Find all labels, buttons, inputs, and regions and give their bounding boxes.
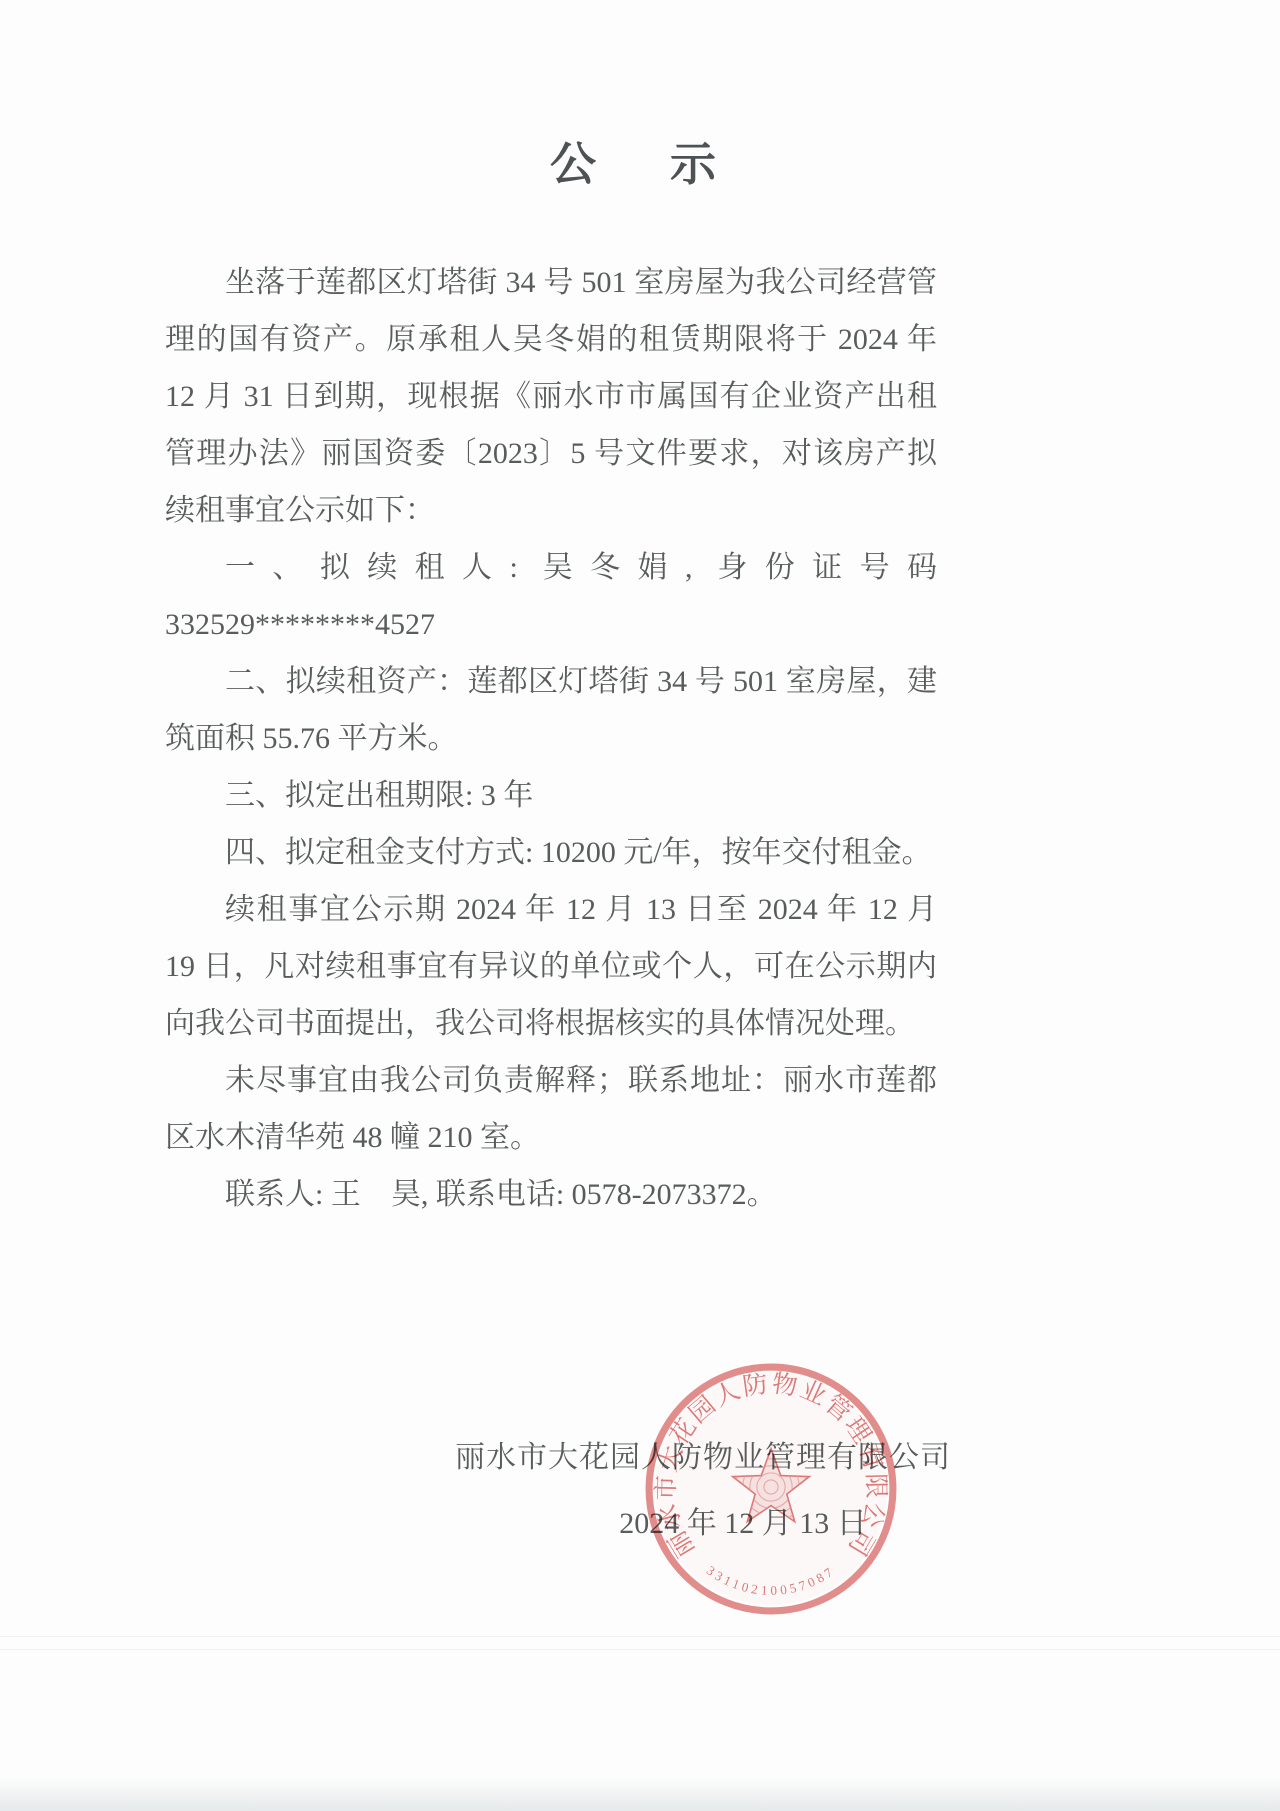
body-paragraph: 一、拟续租人: 吴冬娟, 身份证号码 332529********4527 xyxy=(165,539,937,653)
body-paragraph: 联系人: 王 昊, 联系电话: 0578-2073372。 xyxy=(165,1166,937,1223)
body-paragraph: 四、拟定租金支付方式: 10200 元/年，按年交付租金。 xyxy=(165,824,937,881)
signature-company: 丽水市大花园人防物业管理有限公司 xyxy=(455,1432,935,1476)
document-page: 公 示 坐落于莲都区灯塔街 34 号 501 室房屋为我公司经营管理的国有资产。… xyxy=(0,0,1280,1811)
body-paragraph: 三、拟定出租期限: 3 年 xyxy=(165,767,937,824)
seal-code-text: 33110210057087 xyxy=(704,1563,838,1598)
body-paragraph: 二、拟续租资产：莲都区灯塔街 34 号 501 室房屋，建筑面积 55.76 平… xyxy=(165,653,937,767)
body-paragraph: 未尽事宜由我公司负责解释；联系地址：丽水市莲都区水木清华苑 48 幢 210 室… xyxy=(165,1052,937,1166)
scan-artifact-line xyxy=(0,1636,1280,1650)
body-paragraph: 坐落于莲都区灯塔街 34 号 501 室房屋为我公司经营管理的国有资产。原承租人… xyxy=(165,254,937,539)
document-title: 公 示 xyxy=(0,128,1280,194)
body-paragraph: 续租事宜公示期 2024 年 12 月 13 日至 2024 年 12 月 19… xyxy=(165,881,937,1052)
signature-block: 丽水市大花园人防物业管理有限公司 2024 年 12 月 13 日 xyxy=(455,1432,935,1542)
document-body: 坐落于莲都区灯塔街 34 号 501 室房屋为我公司经营管理的国有资产。原承租人… xyxy=(165,254,937,1223)
scan-bottom-shadow xyxy=(0,1777,1280,1811)
signature-date: 2024 年 12 月 13 日 xyxy=(503,1498,983,1542)
